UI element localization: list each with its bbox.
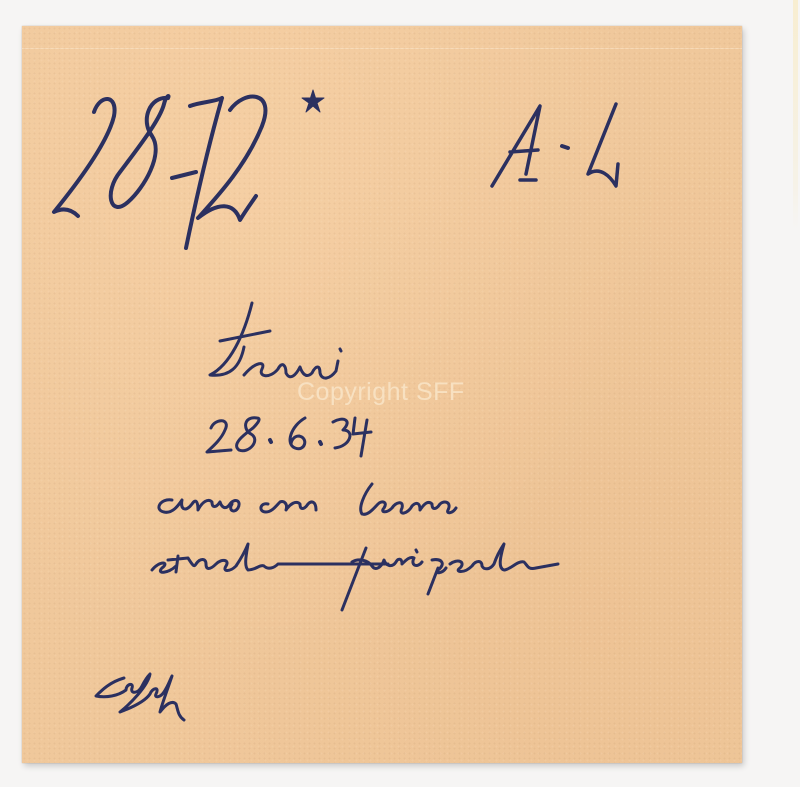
scan-stage: 2872 A·L xyxy=(0,0,800,787)
star-mark-icon xyxy=(300,88,326,114)
adjacent-sheet-edge xyxy=(793,0,798,230)
copyright-watermark: Copyright SFF xyxy=(297,378,465,407)
series-code-glyphs xyxy=(488,96,668,196)
footer-note-glyphs xyxy=(90,664,220,744)
date-glyphs xyxy=(205,412,405,462)
catalog-number-glyphs xyxy=(40,80,320,260)
description-line-2-glyphs xyxy=(148,530,598,630)
